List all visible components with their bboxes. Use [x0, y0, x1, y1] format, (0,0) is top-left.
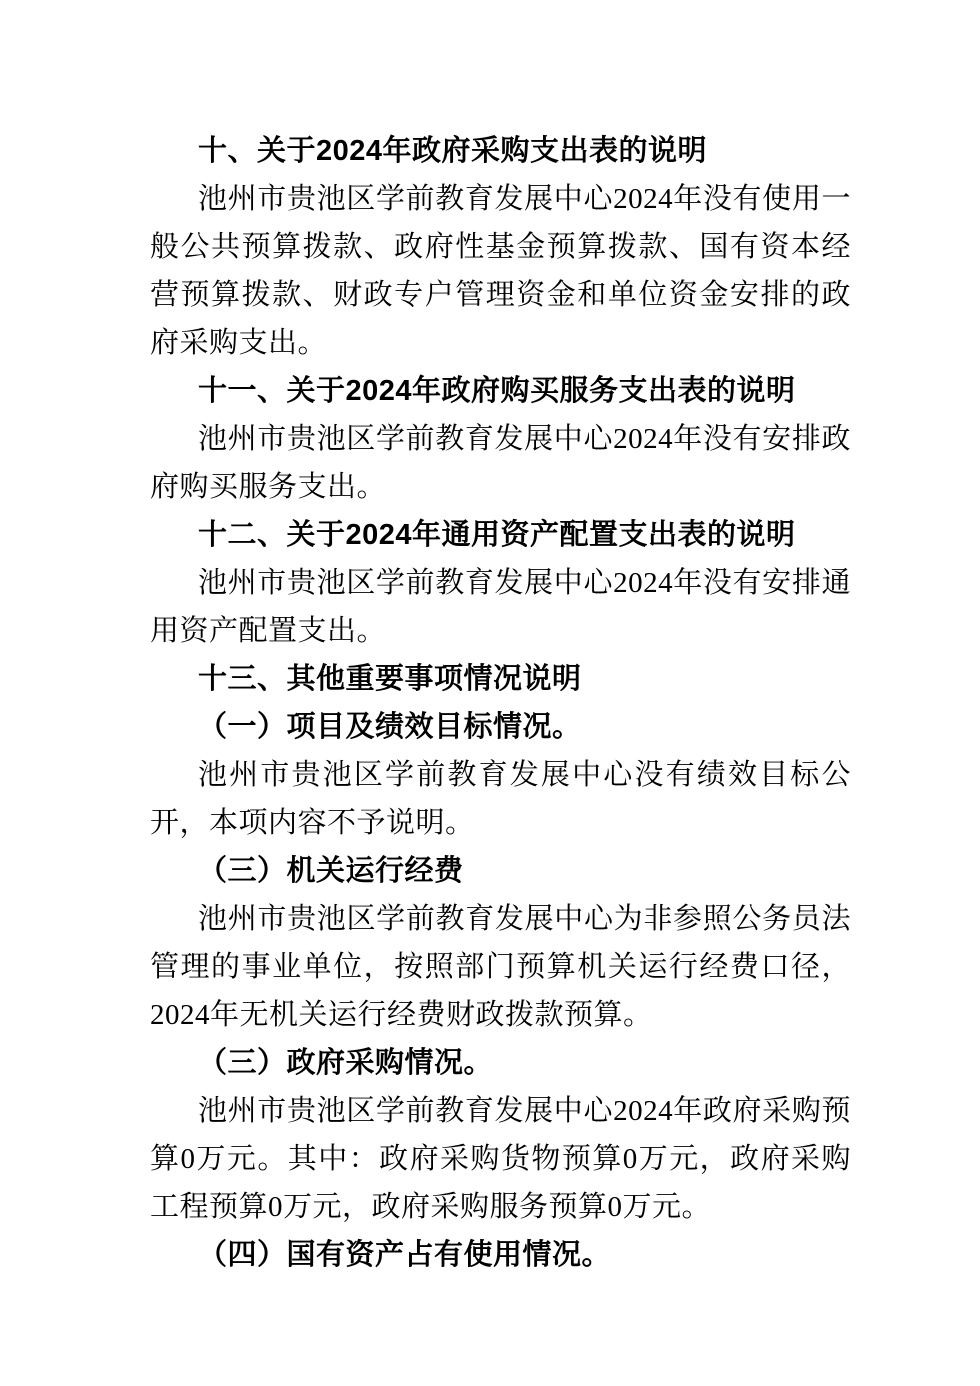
paragraph-agency-operating-funds: 池州市贵池区学前教育发展中心为非参照公务员法管理的事业单位，按照部门预算机关运行…	[150, 895, 851, 1039]
section-heading-10-gov-procurement-expenditure-table: 十、关于2024年政府采购支出表的说明	[150, 127, 851, 175]
subheading-3-gov-procurement-situation: （三）政府采购情况。	[150, 1039, 851, 1087]
subheading-3-agency-operating-funds: （三）机关运行经费	[150, 847, 851, 895]
document-body: 十、关于2024年政府采购支出表的说明 池州市贵池区学前教育发展中心2024年没…	[150, 127, 851, 1279]
paragraph-gov-procurement-budget: 池州市贵池区学前教育发展中心2024年政府采购预算0万元。其中：政府采购货物预算…	[150, 1087, 851, 1231]
paragraph-gov-procurement-expenditure: 池州市贵池区学前教育发展中心2024年没有使用一般公共预算拨款、政府性基金预算拨…	[150, 175, 851, 367]
subheading-4-state-owned-assets-usage: （四）国有资产占有使用情况。	[150, 1231, 851, 1279]
section-heading-12-general-asset-allocation-table: 十二、关于2024年通用资产配置支出表的说明	[150, 511, 851, 559]
document-page: 十、关于2024年政府采购支出表的说明 池州市贵池区学前教育发展中心2024年没…	[0, 0, 980, 1386]
section-heading-11-purchased-services-expenditure-table: 十一、关于2024年政府购买服务支出表的说明	[150, 367, 851, 415]
subheading-1-project-performance-targets: （一）项目及绩效目标情况。	[150, 703, 851, 751]
section-heading-13-other-important-matters: 十三、其他重要事项情况说明	[150, 655, 851, 703]
paragraph-performance-targets: 池州市贵池区学前教育发展中心没有绩效目标公开，本项内容不予说明。	[150, 751, 851, 847]
paragraph-purchased-services: 池州市贵池区学前教育发展中心2024年没有安排政府购买服务支出。	[150, 415, 851, 511]
paragraph-general-asset-allocation: 池州市贵池区学前教育发展中心2024年没有安排通用资产配置支出。	[150, 559, 851, 655]
